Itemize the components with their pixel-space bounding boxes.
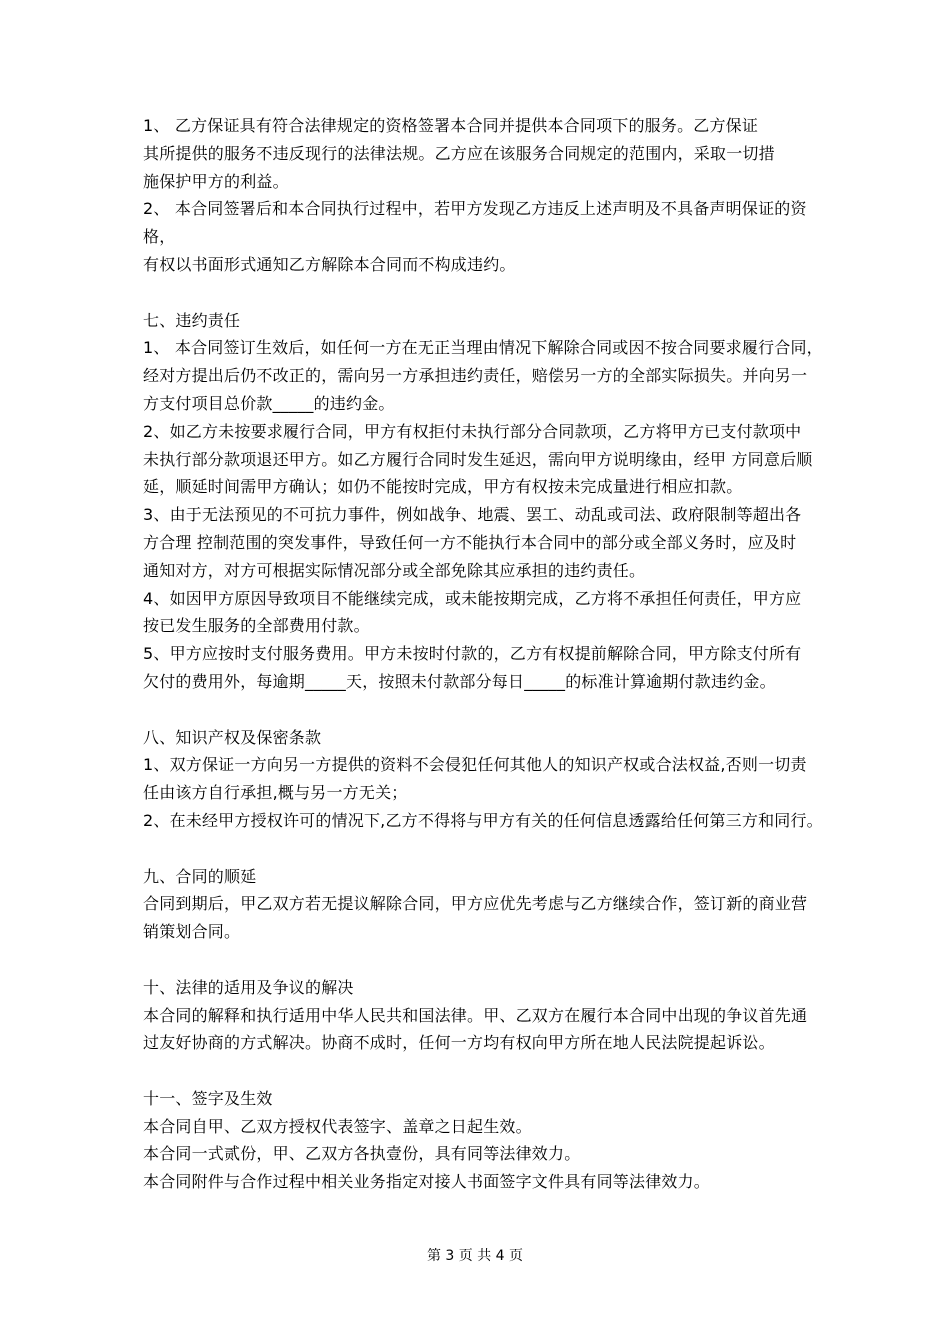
contract-line: 任由该方自行承担,概与另一方无关； <box>143 779 850 807</box>
contract-line: 延，顺延时间需甲方确认；如仍不能按时完成，甲方有权按未完成量进行相应扣款。 <box>143 473 850 501</box>
contract-line: 2、如乙方未按要求履行合同，甲方有权拒付未执行部分合同款项，乙方将甲方已支付款项… <box>143 418 850 446</box>
section-warranty-clauses: 1、 乙方保证具有符合法律规定的资格签署本合同并提供本合同项下的服务。乙方保证 … <box>143 112 850 279</box>
contract-line: 施保护甲方的利益。 <box>143 168 850 196</box>
contract-line: 合同到期后，甲乙双方若无提议解除合同，甲方应优先考虑与乙方继续合作，签订新的商业… <box>143 890 850 918</box>
section-7-breach-liability: 七、违约责任 1、 本合同签订生效后，如任何一方在无正当理由情况下解除合同或因不… <box>143 307 850 696</box>
contract-line: 销策划合同。 <box>143 918 850 946</box>
contract-line: 本合同附件与合作过程中相关业务指定对接人书面签字文件具有同等法律效力。 <box>143 1168 850 1196</box>
contract-line: 有权以书面形式通知乙方解除本合同而不构成违约。 <box>143 251 850 279</box>
section-8-ip-confidentiality: 八、知识产权及保密条款 1、双方保证一方向另一方提供的资料不会侵犯任何其他人的知… <box>143 724 850 835</box>
section-9-renewal: 九、合同的顺延 合同到期后，甲乙双方若无提议解除合同，甲方应优先考虑与乙方继续合… <box>143 863 850 946</box>
section-heading: 十、法律的适用及争议的解决 <box>143 974 850 1002</box>
section-heading: 八、知识产权及保密条款 <box>143 724 850 752</box>
contract-line: 方合理 控制范围的突发事件，导致任何一方不能执行本合同中的部分或全部义务时，应及… <box>143 529 850 557</box>
section-heading: 七、违约责任 <box>143 307 850 335</box>
contract-line: 欠付的费用外，每逾期_____天，按照未付款部分每日_____的标准计算逾期付款… <box>143 668 850 696</box>
contract-line: 经对方提出后仍不改正的，需向另一方承担违约责任，赔偿另一方的全部实际损失。并向另… <box>143 362 850 390</box>
contract-line: 本合同一式贰份，甲、乙双方各执壹份，具有同等法律效力。 <box>143 1140 850 1168</box>
contract-line: 本合同的解释和执行适用中华人民共和国法律。甲、乙双方在履行本合同中出现的争议首先… <box>143 1002 850 1030</box>
section-heading: 九、合同的顺延 <box>143 863 850 891</box>
contract-line: 过友好协商的方式解决。协商不成时，任何一方均有权向甲方所在地人民法院提起诉讼。 <box>143 1029 850 1057</box>
section-10-law-disputes: 十、法律的适用及争议的解决 本合同的解释和执行适用中华人民共和国法律。甲、乙双方… <box>143 974 850 1057</box>
contract-page: 1、 乙方保证具有符合法律规定的资格签署本合同并提供本合同项下的服务。乙方保证 … <box>0 0 950 1344</box>
contract-body: 1、 乙方保证具有符合法律规定的资格签署本合同并提供本合同项下的服务。乙方保证 … <box>143 112 850 1196</box>
contract-line: 方支付项目总价款_____的违约金。 <box>143 390 850 418</box>
contract-line: 4、如因甲方原因导致项目不能继续完成，或未能按期完成，乙方将不承担任何责任，甲方… <box>143 585 850 613</box>
contract-line: 本合同自甲、乙双方授权代表签字、盖章之日起生效。 <box>143 1113 850 1141</box>
contract-line: 格， <box>143 223 850 251</box>
contract-line: 未执行部分款项退还甲方。如乙方履行合同时发生延迟，需向甲方说明缘由，经甲 方同意… <box>143 446 850 474</box>
contract-line: 5、甲方应按时支付服务费用。甲方未按时付款的，乙方有权提前解除合同，甲方除支付所… <box>143 640 850 668</box>
contract-line: 通知对方，对方可根据实际情况部分或全部免除其应承担的违约责任。 <box>143 557 850 585</box>
section-11-signature-effect: 十一、签字及生效 本合同自甲、乙双方授权代表签字、盖章之日起生效。 本合同一式贰… <box>143 1085 850 1196</box>
contract-line: 1、双方保证一方向另一方提供的资料不会侵犯任何其他人的知识产权或合法权益,否则一… <box>143 751 850 779</box>
contract-line: 3、由于无法预见的不可抗力事件，例如战争、地震、罢工、动乱或司法、政府限制等超出… <box>143 501 850 529</box>
contract-line: 1、 本合同签订生效后，如任何一方在无正当理由情况下解除合同或因不按合同要求履行… <box>143 334 850 362</box>
contract-line: 其所提供的服务不违反现行的法律法规。乙方应在该服务合同规定的范围内，采取一切措 <box>143 140 850 168</box>
contract-line: 2、在未经甲方授权许可的情况下,乙方不得将与甲方有关的任何信息透露给任何第三方和… <box>143 807 850 835</box>
page-footer: 第 3 页 共 4 页 <box>0 1246 950 1266</box>
contract-line: 按已发生服务的全部费用付款。 <box>143 612 850 640</box>
section-heading: 十一、签字及生效 <box>143 1085 850 1113</box>
contract-line: 1、 乙方保证具有符合法律规定的资格签署本合同并提供本合同项下的服务。乙方保证 <box>143 112 850 140</box>
contract-line: 2、 本合同签署后和本合同执行过程中，若甲方发现乙方违反上述声明及不具备声明保证… <box>143 195 850 223</box>
